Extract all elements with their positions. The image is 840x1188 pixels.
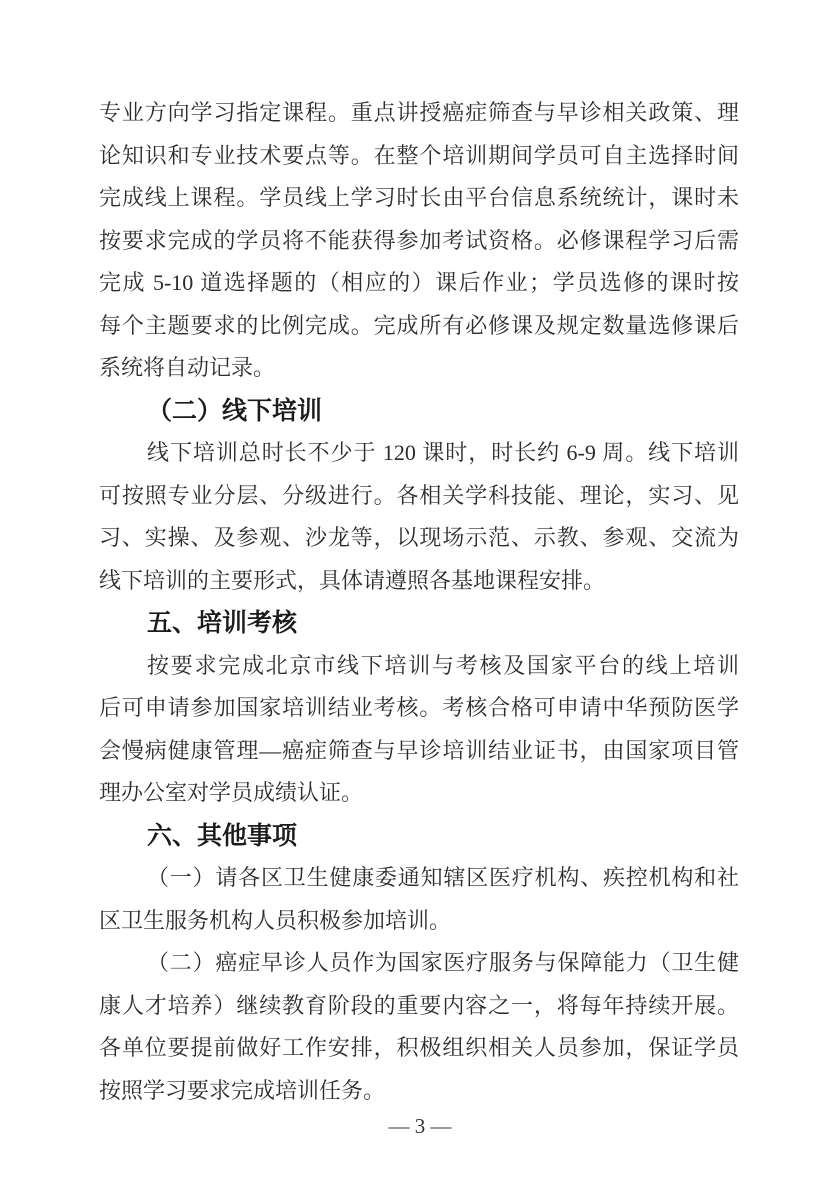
text-line: 每个主题要求的比例完成。完成所有必修课及规定数量选修课后 xyxy=(99,305,739,348)
text-line: 会慢病健康管理—癌症筛查与早诊培训结业证书，由国家项目管 xyxy=(99,730,739,773)
text-line: 各单位要提前做好工作安排，积极组织相关人员参加，保证学员 xyxy=(99,1027,739,1070)
text-line: 康人才培养）继续教育阶段的重要内容之一，将每年持续开展。 xyxy=(99,985,739,1028)
text-line: 线下培训的主要形式，具体请遵照各基地课程安排。 xyxy=(99,560,739,603)
text-line: 理办公室对学员成绩认证。 xyxy=(99,772,739,815)
text-line: 完成线上课程。学员线上学习时长由平台信息系统统计，课时未 xyxy=(99,177,739,220)
text-line: （一）请各区卫生健康委通知辖区医疗机构、疾控机构和社 xyxy=(99,857,739,900)
text-line: 完成 5-10 道选择题的（相应的）课后作业；学员选修的课时按 xyxy=(99,262,739,305)
text-line: 按要求完成北京市线下培训与考核及国家平台的线上培训 xyxy=(99,645,739,688)
heading-offline-training: （二）线下培训 xyxy=(99,390,739,433)
text-line: 按要求完成的学员将不能获得参加考试资格。必修课程学习后需 xyxy=(99,220,739,263)
text-line: 可按照专业分层、分级进行。各相关学科技能、理论，实习、见 xyxy=(99,475,739,518)
text-line: 按照学习要求完成培训任务。 xyxy=(99,1070,739,1113)
text-line: 后可申请参加国家培训结业考核。考核合格可申请中华预防医学 xyxy=(99,687,739,730)
text-line: （二）癌症早诊人员作为国家医疗服务与保障能力（卫生健 xyxy=(99,942,739,985)
page-number: — 3 — xyxy=(0,1110,840,1142)
text-line: 论知识和专业技术要点等。在整个培训期间学员可自主选择时间 xyxy=(99,135,739,178)
text-line: 专业方向学习指定课程。重点讲授癌症筛查与早诊相关政策、理 xyxy=(99,92,739,135)
text-line: 系统将自动记录。 xyxy=(99,347,739,390)
document-page: 专业方向学习指定课程。重点讲授癌症筛查与早诊相关政策、理 论知识和专业技术要点等… xyxy=(0,0,840,1188)
text-line: 线下培训总时长不少于 120 课时，时长约 6-9 周。线下培训 xyxy=(99,432,739,475)
text-line: 区卫生服务机构人员积极参加培训。 xyxy=(99,900,739,943)
heading-training-assessment: 五、培训考核 xyxy=(99,602,739,645)
text-line: 习、实操、及参观、沙龙等，以现场示范、示教、参观、交流为 xyxy=(99,517,739,560)
document-body: 专业方向学习指定课程。重点讲授癌症筛查与早诊相关政策、理 论知识和专业技术要点等… xyxy=(99,92,739,1112)
heading-other-matters: 六、其他事项 xyxy=(99,815,739,858)
